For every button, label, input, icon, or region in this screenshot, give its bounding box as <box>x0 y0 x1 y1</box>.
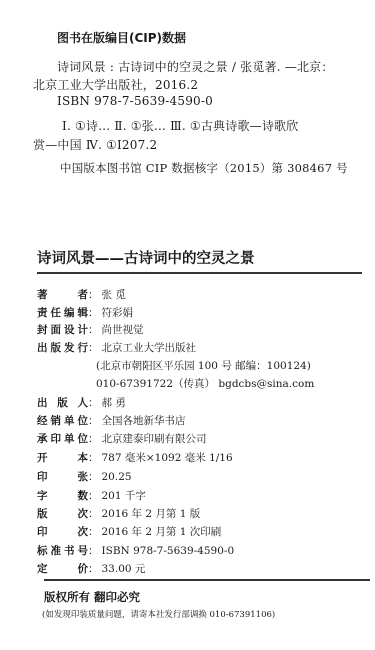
detail-publisher: 出版发行：北京工业大学出版社 <box>37 340 196 355</box>
detail-isbn: 标准书号：ISBN 978-7-5639-4590-0 <box>37 543 234 558</box>
detail-author: 著者：张 觅 <box>37 287 126 302</box>
cip-line-classification-cont: 赏—中国 Ⅳ. ①I207.2 <box>33 136 157 153</box>
detail-price: 定价：33.00 元 <box>37 561 145 576</box>
detail-editor: 责任编辑：符彩娟 <box>37 305 133 320</box>
cip-heading: 图书在版编目(CIP)数据 <box>57 29 186 46</box>
detail-distributor: 经销单位：全国各地新华书店 <box>37 413 186 428</box>
detail-publisher-person: 出版人：郝 勇 <box>37 395 126 410</box>
cip-line-classification: Ⅰ. ①诗… Ⅱ. ①张… Ⅲ. ①古典诗歌—诗歌欣 <box>62 117 298 134</box>
publisher-contact: 010-67391722（传真） bgdcbs@sina.com <box>96 376 314 391</box>
publisher-address: (北京市朝阳区平乐园 100 号 邮编：100124) <box>96 358 311 373</box>
detail-format: 开本：787 毫米×1092 毫米 1/16 <box>37 450 233 465</box>
cip-line-publisher: 北京工业大学出版社，2016.2 <box>33 76 198 93</box>
detail-sheets: 印张：20.25 <box>37 469 132 484</box>
bottom-divider <box>44 579 370 581</box>
cip-line-title: 诗词风景 : 古诗词中的空灵之景 / 张觅著. —北京： <box>57 58 334 75</box>
title-divider <box>37 272 362 274</box>
detail-word-count: 字数：201 千字 <box>37 488 146 503</box>
cip-line-isbn: ISBN 978-7-5639-4590-0 <box>57 94 213 108</box>
cip-line-approval: 中国版本图书馆 CIP 数据核字（2015）第 308467 号 <box>60 160 348 176</box>
detail-cover-design: 封面设计：尚世视觉 <box>37 322 144 337</box>
book-title: 诗词风景——古诗词中的空灵之景 <box>37 247 255 268</box>
rights-title: 版权所有 翻印必究 <box>44 589 140 605</box>
rights-note: (如发现印装质量问题，请寄本社发行部调换 010-67391106) <box>42 608 275 620</box>
detail-printing: 印次：2016 年 2 月第 1 次印刷 <box>37 524 221 539</box>
detail-edition: 版次：2016 年 2 月第 1 版 <box>37 506 200 521</box>
detail-printer: 承印单位：北京建泰印刷有限公司 <box>37 431 207 446</box>
